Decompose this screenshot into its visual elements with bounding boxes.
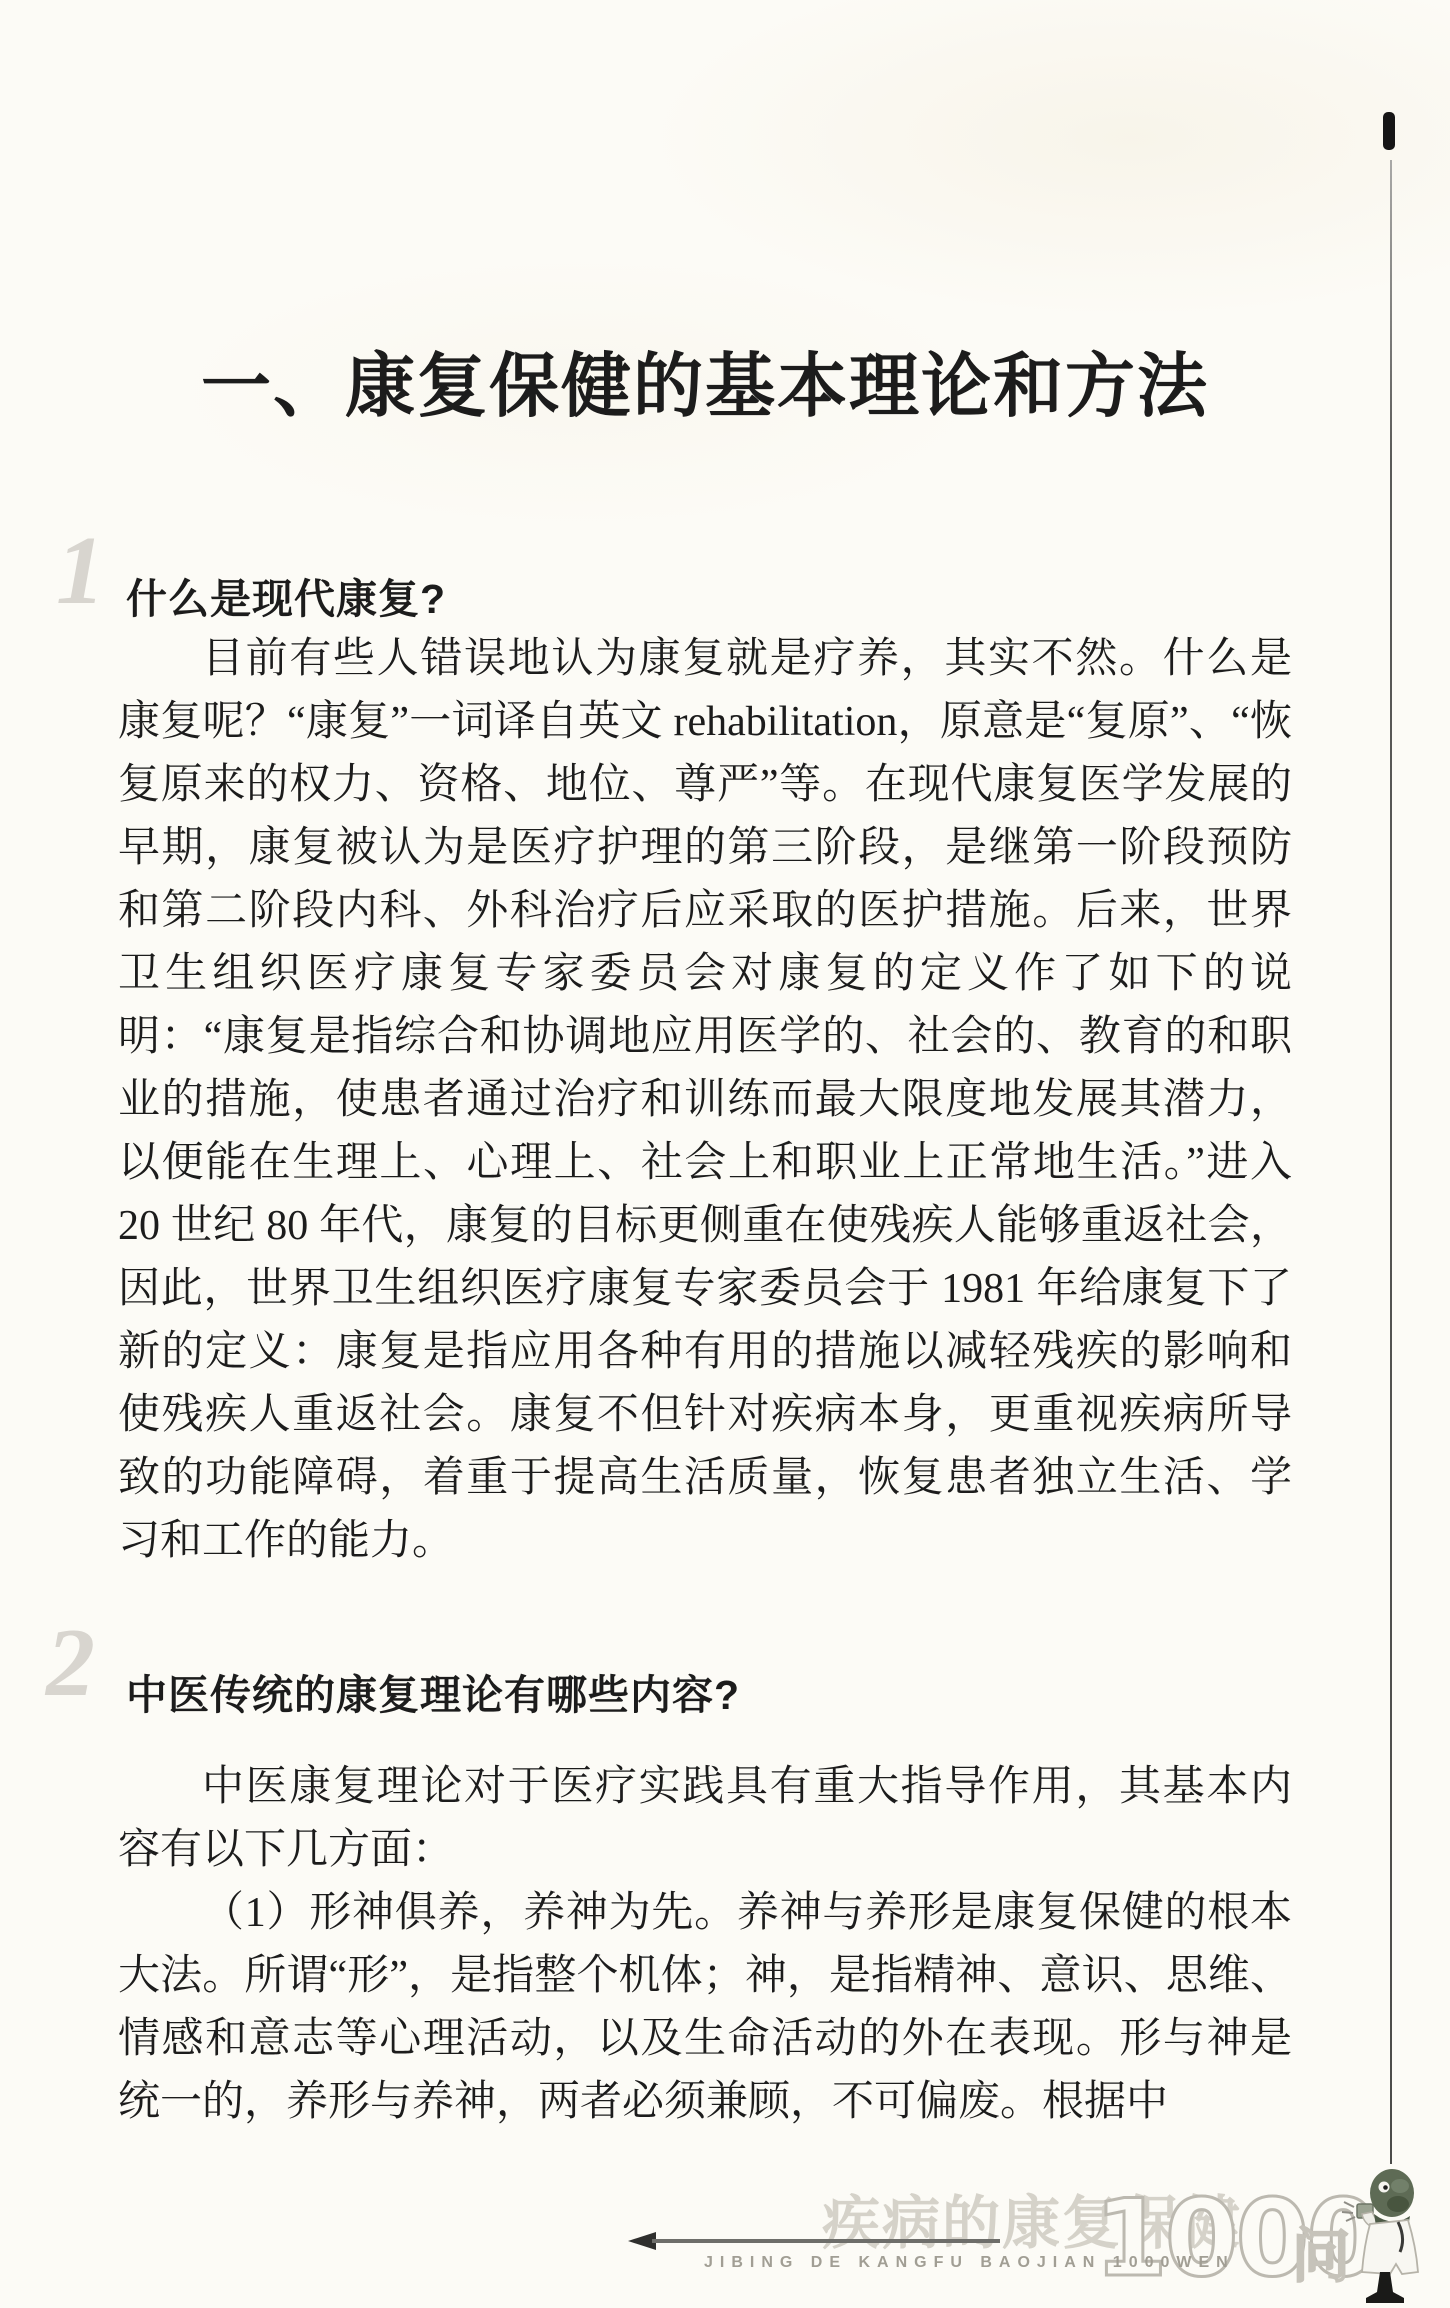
paragraph: （1）形神俱养，养神为先。养神与养形是康复保健的根本大法。所谓“形”，是指整个机… — [118, 1882, 1292, 2134]
section-1-body: 目前有些人错误地认为康复就是疗养，其实不然。什么是康复呢？“康复”一词译自英文 … — [118, 628, 1292, 1573]
sparkle-icon — [1342, 2202, 1355, 2221]
chapter-title: 一、康复保健的基本理论和方法 — [118, 330, 1292, 431]
arrow-shaft — [652, 2239, 1000, 2243]
footer-arrow-rule — [628, 2231, 1000, 2251]
section-number-watermark-2: 2 — [46, 1614, 95, 1712]
series-title-pinyin: JIBING DE KANGFU BAOJIAN 1000WEN — [704, 2254, 1235, 2272]
paragraph: 中医康复理论对于医疗实践具有重大指导作用，其基本内容有以下几方面： — [118, 1756, 1292, 1882]
section-2-body: 中医康复理论对于医疗实践具有重大指导作用，其基本内容有以下几方面： （1）形神俱… — [118, 1756, 1292, 2134]
paragraph: 目前有些人错误地认为康复就是疗养，其实不然。什么是康复呢？“康复”一词译自英文 … — [118, 628, 1292, 1573]
question-heading-1: 什么是现代康复? — [126, 566, 446, 625]
page-edge-rule — [1390, 160, 1392, 2164]
section-number-watermark-1: 1 — [56, 522, 105, 620]
book-page: 一、康复保健的基本理论和方法 1 什么是现代康复? 目前有些人错误地认为康复就是… — [0, 0, 1450, 2308]
question-heading-2: 中医传统的康复理论有哪些内容? — [126, 1662, 740, 1721]
doctor-mascot-illustration — [1334, 2166, 1436, 2308]
page-edge-tick — [1383, 112, 1395, 150]
